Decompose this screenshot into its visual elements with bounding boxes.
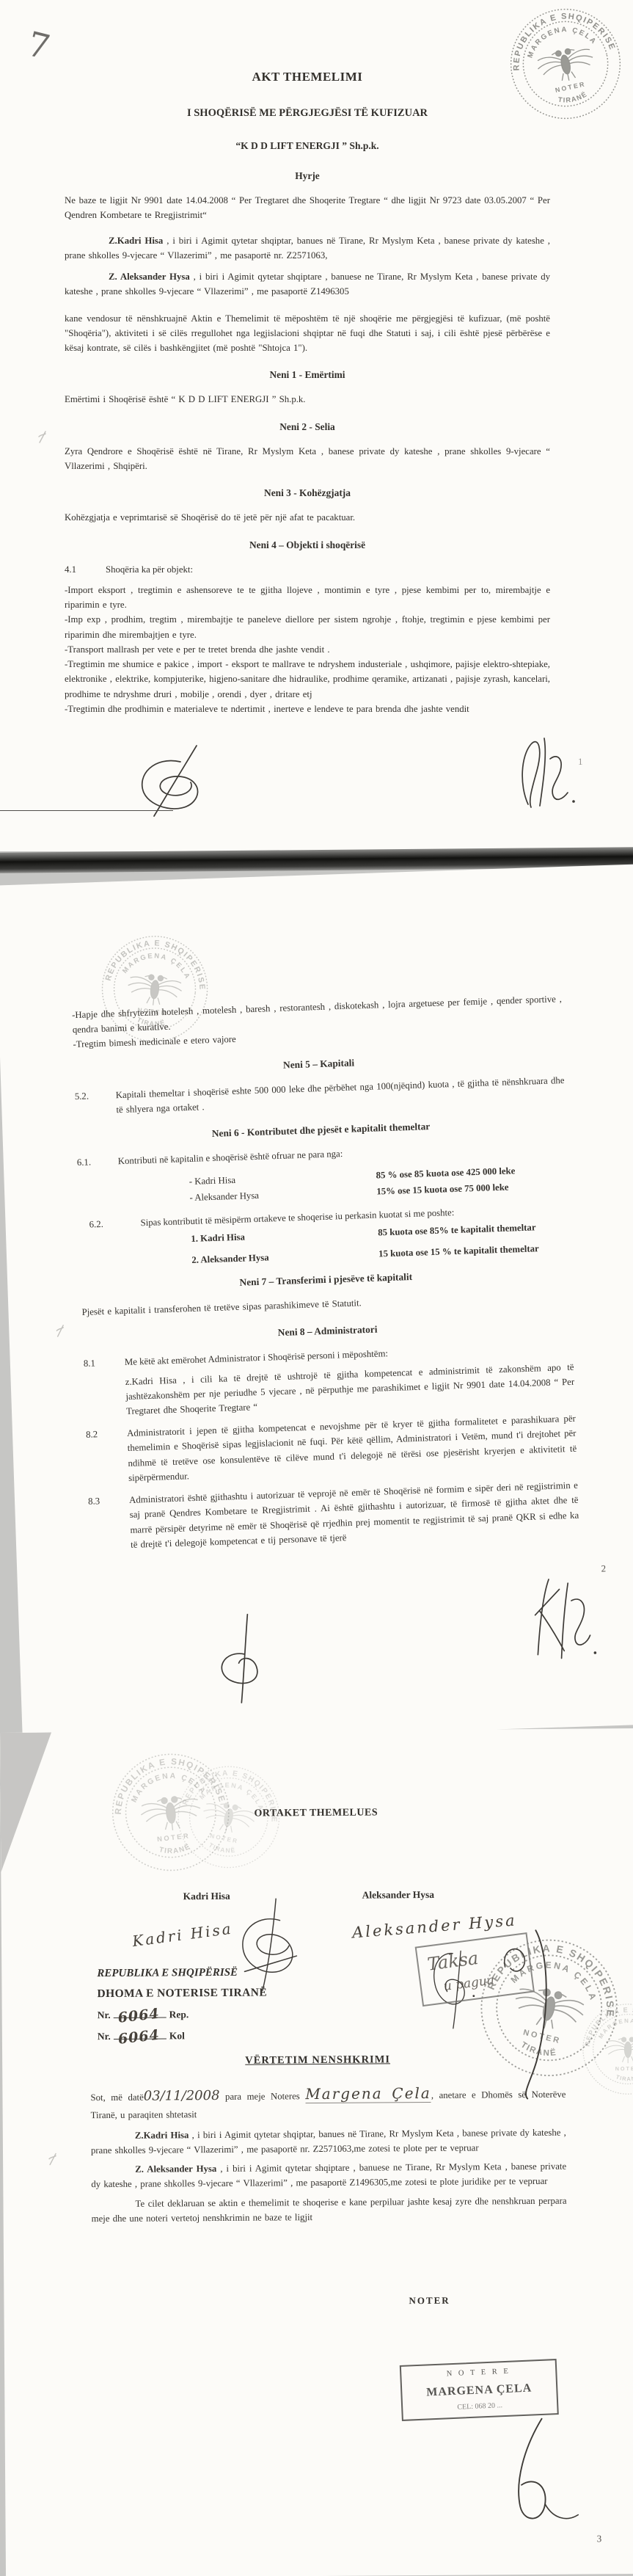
clause-8-1-body: z.Kadri Hisa , i cili ka të drejtë të us…	[125, 1359, 575, 1419]
object-item: -Imp exp , prodhim, tregtim , mirembajtj…	[65, 612, 550, 641]
page-3: REPUBLIKA E SHQIPERISE MARGENA ÇELA TIRA…	[0, 1728, 633, 2576]
object-item: -Tregtimin me shumice e pakice , import …	[65, 657, 550, 702]
company-name: “K D D LIFT ENERGJI ” Sh.p.k.	[65, 138, 550, 153]
quota-amount: 85 kuota ose 85% te kapitalit themeltar	[378, 1220, 536, 1240]
clause-8-2-number: 8.2	[86, 1426, 129, 1487]
notere-stamp-box: N O T E R E MARGENA ÇELA CEL: 068 20 ...	[400, 2359, 559, 2421]
sot-paragraph: Sot, më datë03/11/2008 para meje Noteres…	[90, 2081, 566, 2122]
neni1-body: Emërtimi i Shoqërisë është “ K D D LIFT …	[65, 392, 550, 407]
act-subtitle: I SHOQËRISË ME PËRGJEGJËSI TË KUFIZUAR	[65, 105, 550, 122]
nr-label: Nr.	[98, 2009, 111, 2020]
founder1-script-signature: Kadri Hisa	[131, 1918, 234, 1954]
act-title: AKT THEMELIMI	[65, 68, 550, 87]
citizen2-name: Z. Aleksander Hysa	[135, 2164, 216, 2175]
clause-4-1-number: 4.1	[65, 562, 106, 577]
kol-number-line: Nr.6064Kol	[98, 2026, 340, 2044]
clause-8-1-number: 8.1	[84, 1355, 125, 1371]
neni4-heading: Neni 4 – Objekti i shoqërisë	[65, 537, 550, 553]
notary-flourish-signature	[476, 2412, 587, 2530]
clause-8-2: 8.2 Administratorit i jepen të gjitha ko…	[86, 1411, 577, 1487]
neni2-heading: Neni 2 - Selia	[65, 419, 550, 434]
handwritten-corner-mark: 7	[22, 18, 56, 75]
noter-label: NOTER	[409, 2293, 450, 2309]
founders-heading: ORTAKET THEMELUES	[89, 1804, 544, 1823]
legal-basis-paragraph: Ne baze te ligjit Nr 9901 date 14.04.200…	[65, 193, 550, 222]
pencil-mark	[54, 1324, 67, 1339]
handwritten-notary-name: Margena Çela	[305, 2084, 431, 2103]
clause-6-1-text: Kontributi në kapitalin e shoqërisë ësht…	[117, 1146, 343, 1168]
page3-number: 3	[597, 2531, 602, 2547]
chamber-line: DHOMA E NOTERISE TIRANË	[97, 1984, 339, 2004]
citizen2-paragraph: Z. Aleksander Hysa , i biri i Agimit qyt…	[91, 2159, 566, 2192]
clause-8-3-body: Administratori është gjithashtu i autori…	[129, 1478, 579, 1552]
page2-number: 2	[601, 1561, 606, 1576]
pencil-mark	[37, 430, 48, 445]
page-fold-shadow	[0, 1732, 70, 1872]
page1-text-column: AKT THEMELIMI I SHOQËRISË ME PËRGJEGJËSI…	[65, 68, 550, 716]
clause-5-2-text: Kapitali themeltar i shoqërisë eshte 500…	[115, 1073, 565, 1118]
citizen1-name: Z.Kadri Hisa	[135, 2130, 189, 2141]
verification-heading: VËRTETIM NENSHKRIMI	[90, 2051, 545, 2070]
kol-blank: 6064	[114, 2038, 167, 2040]
clause-4-1-text: Shoqëria ka për objekt:	[106, 562, 193, 577]
sot-mid: para meje Noteres	[225, 2091, 300, 2102]
neni1-heading: Neni 1 - Emërtimi	[65, 367, 550, 382]
handwritten-date: 03/11/2008	[144, 2088, 220, 2104]
stamp-noter: NOTER	[555, 80, 587, 94]
pencil-mark	[47, 2152, 59, 2166]
quota-amount: 15 kuota ose 15 % te kapitalit themeltar	[378, 1241, 539, 1261]
founder2-name: Z. Aleksander Hysa	[109, 272, 190, 282]
nr-label: Nr.	[98, 2030, 111, 2041]
declaration-paragraph: Te cilet deklaruan se aktin e themelimit…	[91, 2193, 566, 2226]
signature-founder2-page1	[506, 734, 579, 822]
clause-5-2-number: 5.2.	[74, 1088, 116, 1118]
clause-8-3-number: 8.3	[88, 1493, 131, 1554]
double-eagle-icon	[126, 972, 183, 1008]
republic-line: REPUBLIKA E SHQIPËRISË	[97, 1964, 339, 1983]
clause-4-1: 4.1 Shoqëria ka për objekt:	[65, 562, 550, 577]
founder1-paragraph: Z.Kadri Hisa , i biri i Agimit qytetar s…	[65, 233, 550, 263]
founder2-typed-name: Aleksander Hysa	[362, 1887, 434, 1903]
rep-suffix: Rep.	[169, 2009, 189, 2020]
quota-name: 2. Aleksander Hysa	[80, 1246, 378, 1271]
neni2-body: Zyra Qendrore e Shoqërisë është në Tiran…	[65, 444, 550, 473]
neni7-body: Pjesët e kapitalit i transferohen të tre…	[81, 1289, 571, 1320]
scanned-document-canvas: 7 REPUBLIKA E SHQIPERISE MARGENA ÇELA TI…	[0, 0, 633, 2576]
page-2: REPUBLIKA E SHQIPERISE MARGENA ÇELA TIRA…	[0, 864, 633, 1745]
notary-chamber-block: REPUBLIKA E SHQIPËRISË DHOMA E NOTERISE …	[97, 1964, 340, 2044]
kol-suffix: Kol	[169, 2030, 185, 2041]
svg-text:TIRANË: TIRANË	[615, 2073, 633, 2082]
clause-6-2-number: 6.2.	[78, 1215, 141, 1232]
stamp-city: TIRANË	[615, 2073, 633, 2082]
sot-pre: Sot, më datë	[90, 2092, 143, 2103]
clause-5-2: 5.2. Kapitali themeltar i shoqërisë esht…	[74, 1073, 565, 1119]
page1-number: 1	[578, 754, 583, 770]
rep-blank: 6064	[114, 2017, 167, 2019]
signature-founder1-page1	[126, 740, 229, 821]
scan-edge-line	[0, 810, 173, 811]
page2-text-column: -Hapje dhe shfrytezim hotelesh , moteles…	[72, 992, 579, 1557]
clause-6-1-number: 6.1.	[77, 1154, 119, 1171]
decision-paragraph: kane vendosur të nënshkruajnë Aktin e Th…	[65, 311, 550, 356]
stamp-noter: NOTER	[615, 2065, 633, 2072]
founder1-name: Z.Kadri Hisa	[109, 236, 163, 246]
citizen1-paragraph: Z.Kadri Hisa , i biri i Agimit qytetar s…	[91, 2125, 566, 2158]
intro-heading: Hyrje	[65, 168, 550, 183]
object-item: -Transport mallrash per vete e per te tr…	[65, 642, 550, 657]
page-1: 7 REPUBLIKA E SHQIPERISE MARGENA ÇELA TI…	[0, 0, 633, 851]
signature-founder1-page2	[202, 1610, 285, 1709]
clause-8-3: 8.3 Administratori është gjithashtu i au…	[88, 1478, 579, 1554]
verification-text-column: Sot, më datë03/11/2008 para meje Noteres…	[90, 2081, 566, 2227]
neni3-heading: Neni 3 - Kohëzgjatja	[65, 485, 550, 501]
clause-8-2-body: Administratorit i jepen të gjitha kompet…	[127, 1411, 577, 1485]
signature-founder2-page2	[516, 1571, 601, 1676]
founder2-paragraph: Z. Aleksander Hysa , i biri i Agimit qyt…	[65, 269, 550, 299]
rep-number-line: Nr.6064Rep.	[98, 2006, 340, 2023]
neni3-body: Kohëzgjatja e veprimtarisë së Shoqërisë …	[65, 510, 550, 525]
object-item: -Tregtimin dhe prodhimin e materialeve t…	[65, 702, 550, 716]
object-item: -Import eksport , tregtimin e ashensorev…	[65, 583, 550, 612]
kol-value-handwritten: 6064	[117, 2023, 161, 2050]
contribution-amount: 15% ose 15 kuota ose 75 000 leke	[376, 1179, 509, 1198]
